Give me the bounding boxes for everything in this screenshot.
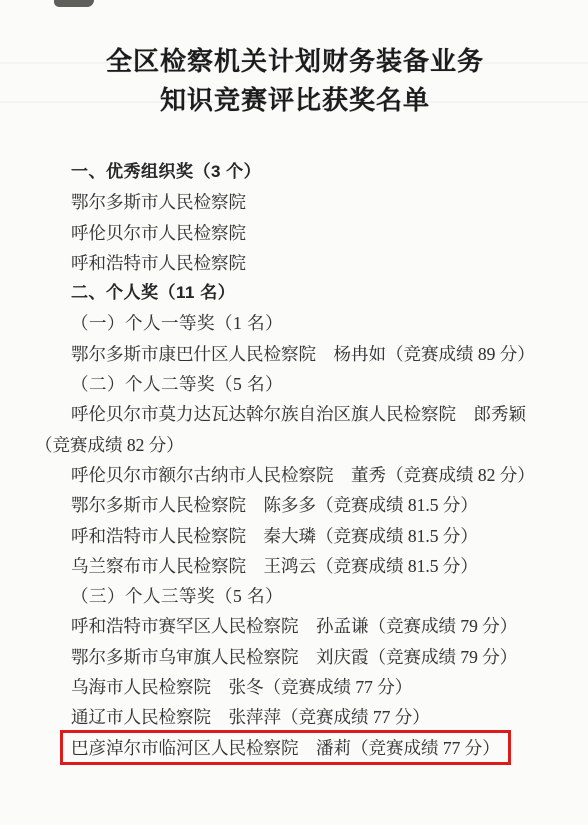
document-title-line-2: 知识竞赛评比获奖名单 bbox=[35, 81, 555, 120]
document-body: 一、优秀组织奖（3 个） 鄂尔多斯市人民检察院 呼伦贝尔市人民检察院 呼和浩特市… bbox=[35, 157, 555, 763]
award-entry: 呼和浩特市赛罕区人民检察院 孙孟谦（竞赛成绩 79 分） bbox=[35, 611, 555, 641]
subsection-heading-second-prize: （二）个人二等奖（5 名） bbox=[35, 369, 555, 399]
award-entry: 乌海市人民检察院 张冬（竞赛成绩 77 分） bbox=[35, 672, 555, 702]
section-heading-organization-award: 一、优秀组织奖（3 个） bbox=[35, 157, 555, 187]
award-entry: 鄂尔多斯市人民检察院 bbox=[35, 187, 555, 217]
award-entry: 呼和浩特市人民检察院 秦大璘（竞赛成绩 81.5 分） bbox=[35, 521, 555, 551]
award-entry-highlighted: 巴彦淖尔市临河区人民检察院 潘莉（竞赛成绩 77 分） bbox=[35, 733, 555, 763]
award-entry: 乌兰察布市人民检察院 王鸿云（竞赛成绩 81.5 分） bbox=[35, 551, 555, 581]
award-entry: 鄂尔多斯市康巴什区人民检察院 杨冉如（竞赛成绩 89 分） bbox=[35, 339, 555, 369]
award-entry: 呼伦贝尔市莫力达瓦达斡尔族自治区旗人民检察院 郎秀颖 bbox=[35, 399, 555, 429]
award-entry-continuation: （竞赛成绩 82 分） bbox=[35, 430, 555, 460]
document-title-line-1: 全区检察机关计划财务装备业务 bbox=[35, 42, 555, 81]
document-page: 全区检察机关计划财务装备业务 知识竞赛评比获奖名单 一、优秀组织奖（3 个） 鄂… bbox=[0, 0, 588, 825]
document-title: 全区检察机关计划财务装备业务 知识竞赛评比获奖名单 bbox=[35, 42, 555, 120]
subsection-heading-third-prize: （三）个人三等奖（5 名） bbox=[35, 581, 555, 611]
document-content: 全区检察机关计划财务装备业务 知识竞赛评比获奖名单 一、优秀组织奖（3 个） 鄂… bbox=[35, 0, 555, 763]
award-entry: 通辽市人民检察院 张萍萍（竞赛成绩 77 分） bbox=[35, 702, 555, 732]
award-entry: 鄂尔多斯市人民检察院 陈多多（竞赛成绩 81.5 分） bbox=[35, 490, 555, 520]
award-entry: 呼伦贝尔市人民检察院 bbox=[35, 218, 555, 248]
award-entry-text: 巴彦淖尔市临河区人民检察院 潘莉（竞赛成绩 77 分） bbox=[71, 738, 500, 758]
award-entry: 呼和浩特市人民检察院 bbox=[35, 248, 555, 278]
subsection-heading-first-prize: （一）个人一等奖（1 名） bbox=[35, 308, 555, 338]
section-heading-individual-award: 二、个人奖（11 名） bbox=[35, 278, 555, 308]
award-entry: 呼伦贝尔市额尔古纳市人民检察院 董秀（竞赛成绩 82 分） bbox=[35, 460, 555, 490]
award-entry: 鄂尔多斯市乌审旗人民检察院 刘庆霞（竞赛成绩 79 分） bbox=[35, 642, 555, 672]
